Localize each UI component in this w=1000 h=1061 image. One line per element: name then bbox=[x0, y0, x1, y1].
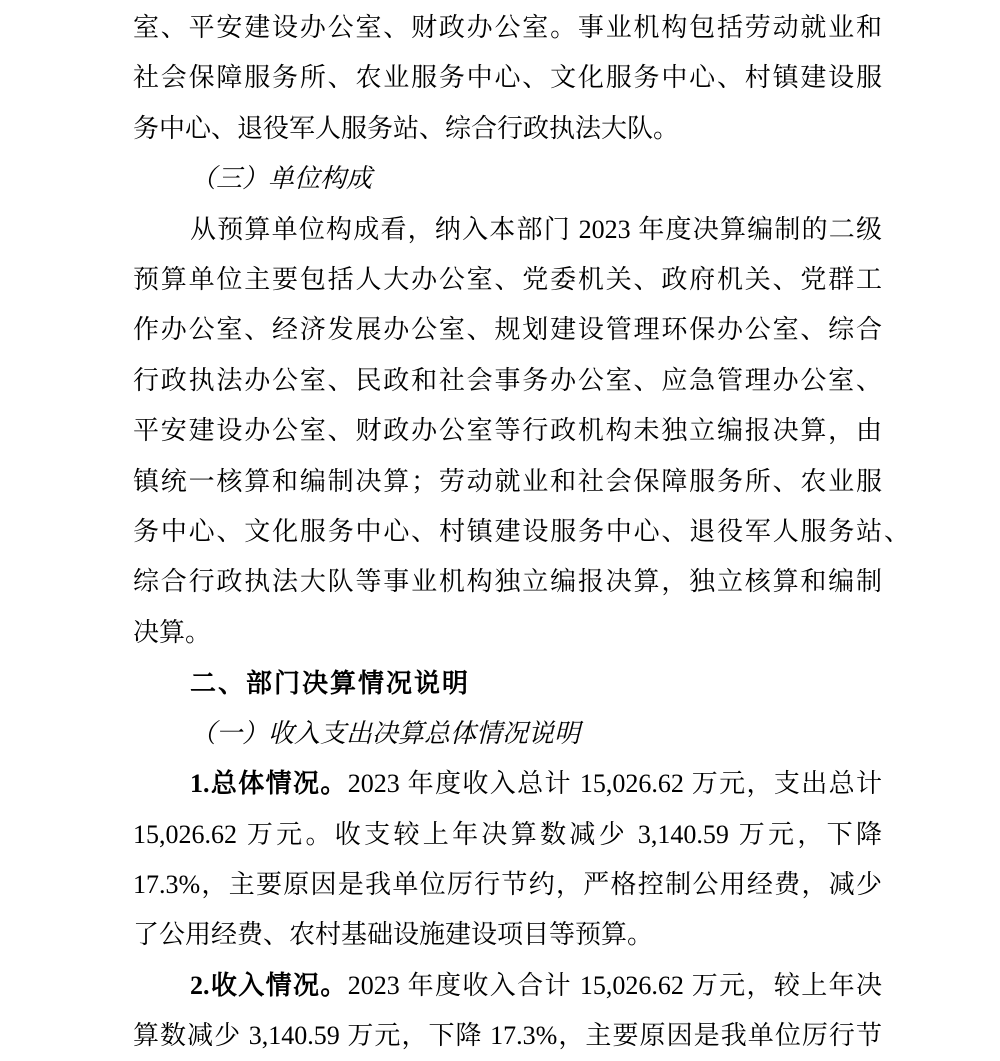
document-page: 室、平安建设办公室、财政办公室。事业机构包括劳动就业和 社会保障服务所、农业服务… bbox=[0, 0, 1000, 1061]
body-line: 镇统一核算和编制决算；劳动就业和社会保障服务所、农业服 bbox=[133, 457, 882, 507]
subsection-heading-income-expenditure-overview: （一）收入支出决算总体情况说明 bbox=[133, 709, 882, 759]
body-line: 室、平安建设办公室、财政办公室。事业机构包括劳动就业和 bbox=[133, 3, 882, 53]
body-line: 1.总体情况。2023 年度收入总计 15,026.62 万元，支出总计 bbox=[133, 759, 882, 809]
body-line: 社会保障服务所、农业服务中心、文化服务中心、村镇建设服 bbox=[133, 53, 882, 103]
body-line: 综合行政执法大队等事业机构独立编报决算，独立核算和编制 bbox=[133, 557, 882, 607]
body-line: 17.3%，主要原因是我单位厉行节约，严格控制公用经费，减少 bbox=[133, 860, 882, 910]
body-line: 行政执法办公室、民政和社会事务办公室、应急管理办公室、 bbox=[133, 356, 882, 406]
body-line: 预算单位主要包括人大办公室、党委机关、政府机关、党群工 bbox=[133, 255, 882, 305]
bold-lead-income-situation: 2.收入情况。 bbox=[190, 971, 348, 1000]
body-line: 2.收入情况。2023 年度收入合计 15,026.62 万元，较上年决 bbox=[133, 961, 882, 1011]
line-text: 2023 年度收入合计 15,026.62 万元，较上年决 bbox=[348, 971, 882, 1000]
line-text: 2023 年度收入总计 15,026.62 万元，支出总计 bbox=[348, 769, 882, 798]
body-line: 算数减少 3,140.59 万元，下降 17.3%，主要原因是我单位厉行节 bbox=[133, 1011, 882, 1061]
document-text-block: 室、平安建设办公室、财政办公室。事业机构包括劳动就业和 社会保障服务所、农业服务… bbox=[133, 3, 882, 1061]
body-line: 决算。 bbox=[133, 608, 882, 658]
body-line: 务中心、退役军人服务站、综合行政执法大队。 bbox=[133, 104, 882, 154]
subsection-heading-unit-composition: （三）单位构成 bbox=[133, 154, 882, 204]
body-line: 平安建设办公室、财政办公室等行政机构未独立编报决算，由 bbox=[133, 406, 882, 456]
section-heading-final-accounts-statement: 二、部门决算情况说明 bbox=[133, 658, 882, 708]
body-line: 从预算单位构成看，纳入本部门 2023 年度决算编制的二级 bbox=[133, 205, 882, 255]
body-line: 15,026.62 万元。收支较上年决算数减少 3,140.59 万元，下降 bbox=[133, 810, 882, 860]
bold-lead-overall-situation: 1.总体情况。 bbox=[190, 769, 348, 798]
body-line: 作办公室、经济发展办公室、规划建设管理环保办公室、综合 bbox=[133, 305, 882, 355]
body-line: 务中心、文化服务中心、村镇建设服务中心、退役军人服务站、 bbox=[133, 507, 910, 557]
body-line: 了公用经费、农村基础设施建设项目等预算。 bbox=[133, 910, 882, 960]
